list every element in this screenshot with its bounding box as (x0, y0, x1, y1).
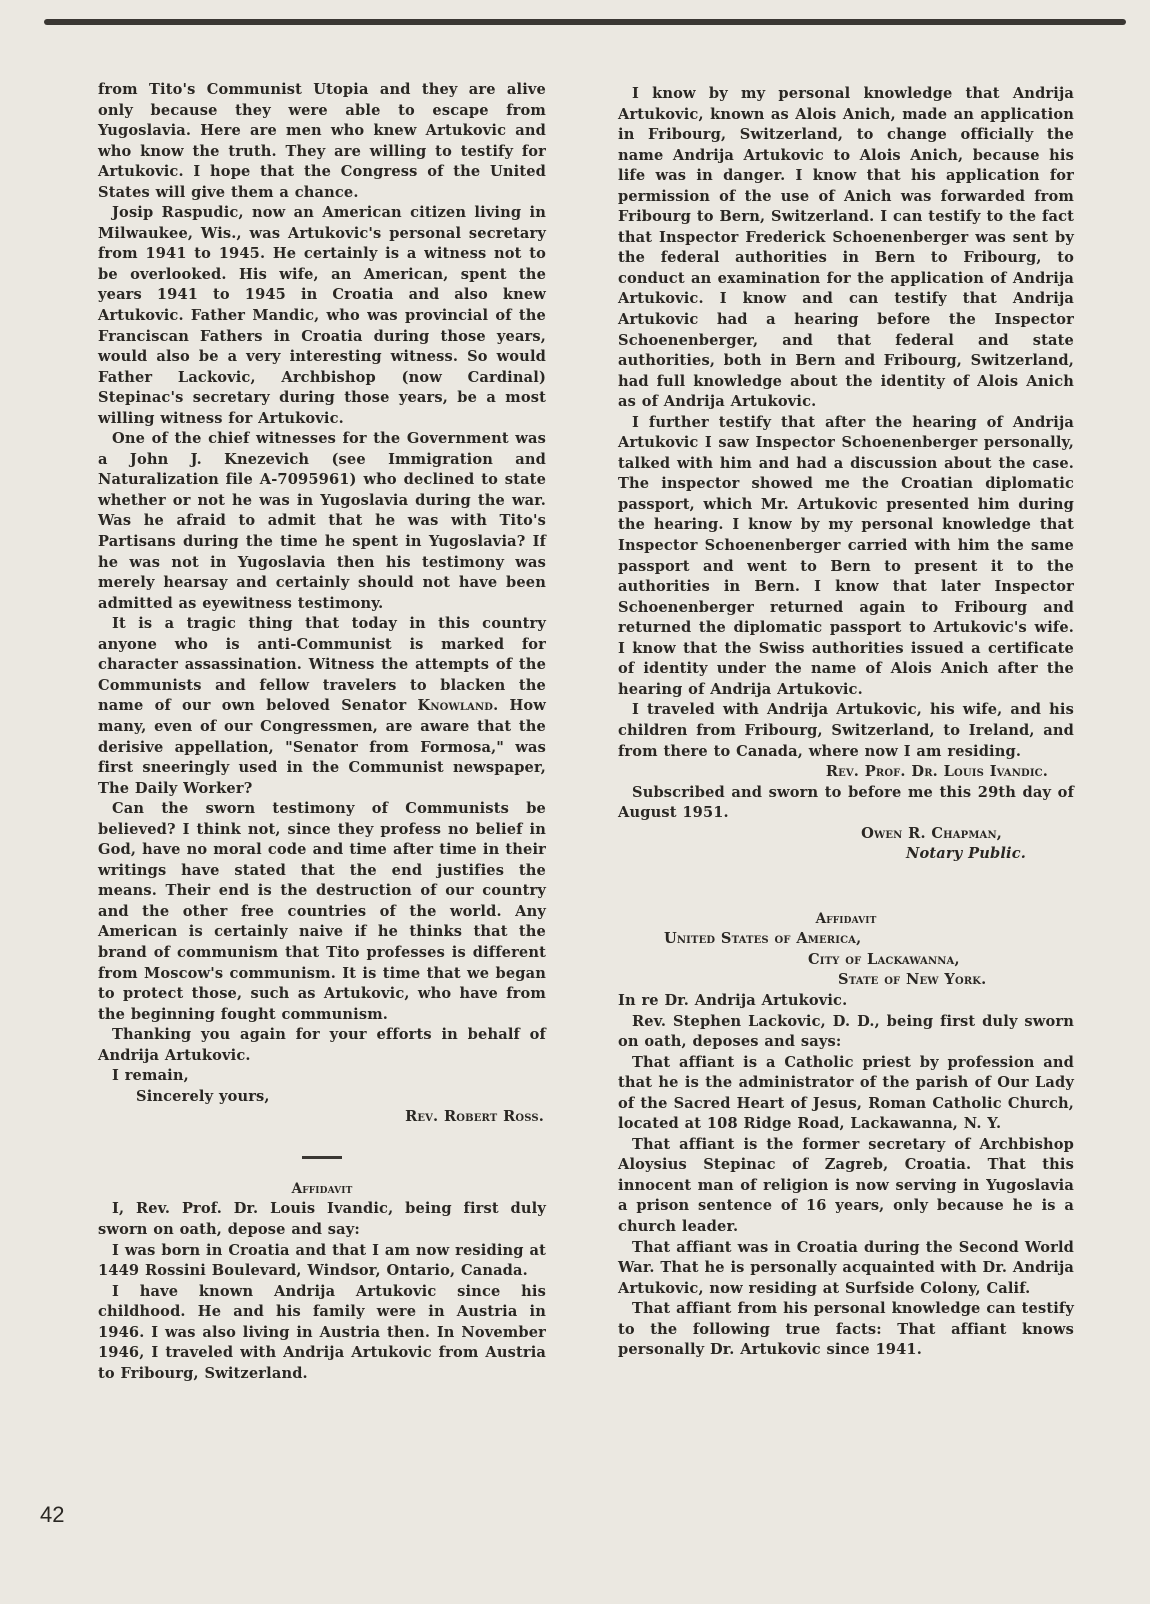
affidavit-paragraph: That affiant is a Catholic priest by pro… (618, 1053, 1074, 1135)
subscribed-statement: Subscribed and sworn to before me this 2… (618, 783, 1074, 824)
signature-robert-ross: Rev. Robert Ross. (98, 1107, 546, 1128)
sign-off: Sincerely yours, (98, 1087, 546, 1108)
affidavit-paragraph: That affiant was in Croatia during the S… (618, 1238, 1074, 1300)
body-paragraph: Thanking you again for your efforts in b… (98, 1025, 546, 1066)
affidavit-paragraph: That affiant from his personal knowledge… (618, 1299, 1074, 1361)
right-column: I know by my personal knowledge that And… (618, 84, 1074, 1361)
body-paragraph: Can the sworn testimony of Communists be… (98, 799, 546, 1025)
affidavit-paragraph: I, Rev. Prof. Dr. Louis Ivandic, being f… (98, 1199, 546, 1240)
notary-name: Owen R. Chapman, (618, 824, 1074, 845)
spacer (618, 865, 1074, 909)
page-number: 42 (40, 1502, 64, 1528)
venue-country: United States of America, (618, 929, 1074, 950)
venue-city: City of Lackawanna, (618, 950, 1074, 971)
section-divider (302, 1156, 342, 1159)
affidavit-paragraph: That affiant is the former secretary of … (618, 1135, 1074, 1238)
signature-ivandic: Rev. Prof. Dr. Louis Ivandic. (618, 762, 1074, 783)
in-re-line: In re Dr. Andrija Artukovic. (618, 991, 1074, 1012)
senator-name: Knowland (417, 697, 493, 714)
affidavit-paragraph: I have known Andrija Artukovic since his… (98, 1282, 546, 1385)
affidavit-paragraph: I traveled with Andrija Artukovic, his w… (618, 700, 1074, 762)
closing-line: I remain, (98, 1066, 546, 1087)
body-paragraph: One of the chief witnesses for the Gover… (98, 429, 546, 614)
venue-state: State of New York. (618, 970, 1074, 991)
affidavit-paragraph: I was born in Croatia and that I am now … (98, 1241, 546, 1282)
body-paragraph: It is a tragic thing that today in this … (98, 614, 546, 799)
body-paragraph: Josip Raspudic, now an American citizen … (98, 203, 546, 429)
affidavit-heading: Affidavit (98, 1179, 546, 1200)
notary-title: Notary Public. (618, 844, 1074, 865)
affidavit-paragraph: I further testify that after the hearing… (618, 413, 1074, 701)
affidavit-paragraph: I know by my personal knowledge that And… (618, 84, 1074, 413)
affidavit-paragraph: Rev. Stephen Lackovic, D. D., being firs… (618, 1012, 1074, 1053)
left-column: from Tito's Communist Utopia and they ar… (98, 80, 546, 1384)
affidavit-heading: Affidavit (618, 909, 1074, 930)
body-paragraph: from Tito's Communist Utopia and they ar… (98, 80, 546, 203)
top-horizontal-rule (44, 19, 1126, 25)
